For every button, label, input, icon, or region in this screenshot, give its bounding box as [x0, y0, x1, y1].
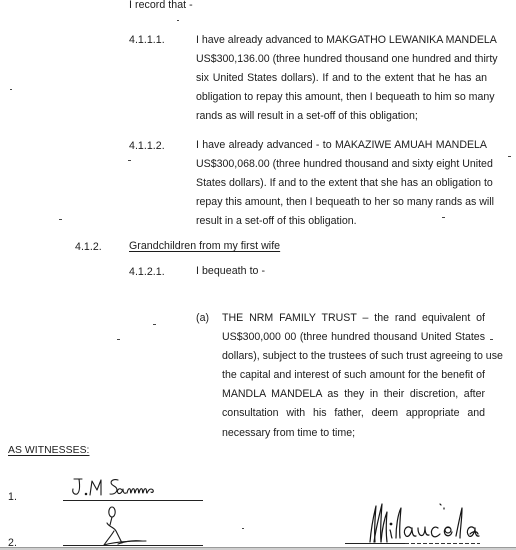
- text-line: THE NRM FAMILY TRUST – the rand equivale…: [222, 309, 485, 328]
- text-line: necessary from time to time;: [222, 424, 485, 443]
- text-line: obligation to repay this amount, then I …: [196, 88, 487, 107]
- testator-signature: [364, 498, 514, 546]
- text-line: rands as will result in a set-off of thi…: [196, 107, 487, 126]
- text-line: the capital and interest of such amount …: [222, 366, 485, 385]
- scan-speck: [442, 217, 445, 218]
- text-line: States dollars). If and to the extent th…: [196, 174, 487, 193]
- subclause-text: I bequeath to -: [196, 262, 265, 281]
- text-line: I have already advanced to MAKGATHO LEWA…: [196, 31, 487, 50]
- witness-number: 1.: [8, 488, 17, 507]
- intro-text: I record that -: [129, 0, 193, 15]
- scan-speck: [59, 219, 62, 220]
- section-heading: Grandchildren from my first wife: [129, 237, 280, 256]
- text-line: repay this amount, then I bequeath to he…: [196, 193, 487, 212]
- witness-1-signature: [70, 476, 190, 502]
- text-line: consultation with his father, deem appro…: [222, 404, 485, 423]
- text-line: I have already advanced - to MAKAZIWE AM…: [196, 136, 487, 155]
- scan-speck: [508, 156, 511, 157]
- item-marker: (a): [196, 309, 209, 328]
- scan-speck: [10, 89, 12, 90]
- clause-number: 4.1.1.1.: [129, 31, 165, 50]
- text-line: six United States dollars). If and to th…: [196, 69, 487, 88]
- scan-speck: [242, 528, 244, 529]
- witness-2-signature: [98, 505, 158, 549]
- clause-4-1-1-1-text: I have already advanced to MAKGATHO LEWA…: [196, 31, 487, 126]
- witnesses-heading: AS WITNESSES:: [8, 441, 89, 460]
- document-page: I record that - 4.1.1.1. I have already …: [0, 0, 516, 550]
- text-line: MANDLA MANDELA as they in their discreti…: [222, 385, 485, 404]
- item-a-text: THE NRM FAMILY TRUST – the rand equivale…: [222, 309, 485, 443]
- section-number: 4.1.2.: [75, 238, 102, 257]
- scan-speck: [490, 339, 493, 340]
- text-line: US$300,136.00 (three hundred thousand on…: [196, 50, 487, 69]
- scan-speck: [128, 160, 131, 161]
- scan-speck: [153, 324, 156, 325]
- subclause-number: 4.1.2.1.: [129, 263, 165, 282]
- clause-number: 4.1.1.2.: [129, 137, 165, 156]
- scan-speck: [177, 20, 179, 21]
- text-line: result in a set-off of this obligation.: [196, 212, 487, 231]
- text-line: dollars), subject to the trustees of suc…: [222, 347, 485, 366]
- text-line: US$300,000 00 (three hundred thousand Un…: [222, 328, 485, 347]
- scan-speck: [117, 339, 120, 340]
- text-line: US$300,068.00 (three hundred thousand an…: [196, 155, 487, 174]
